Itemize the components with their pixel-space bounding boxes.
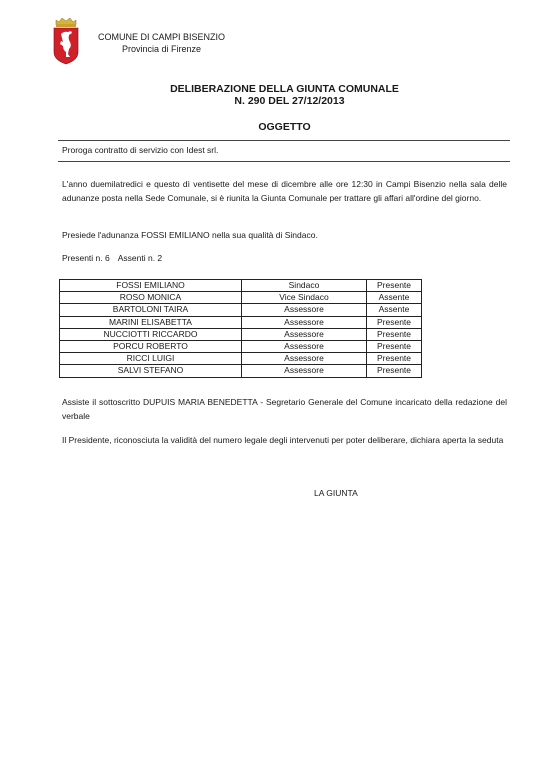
member-role: Assessore [242,304,367,316]
province-name: Provincia di Firenze [98,43,225,55]
member-role: Assessore [242,365,367,377]
presiding-paragraph: Presiede l'adunanza FOSSI EMILIANO nella… [62,229,507,243]
absent-count: Assenti n. 2 [118,253,162,263]
member-role: Assessore [242,316,367,328]
subject-top-divider [58,140,510,141]
member-name: NUCCIOTTI RICCARDO [60,328,242,340]
deliberation-title: DELIBERAZIONE DELLA GIUNTA COMUNALE [13,83,543,95]
member-name: BARTOLONI TAIRA [60,304,242,316]
municipality-header: COMUNE DI CAMPI BISENZIO Provincia di Fi… [98,31,225,55]
table-row: BARTOLONI TAIRAAssessoreAssente [60,304,422,316]
member-status: Presente [367,280,422,292]
table-row: FOSSI EMILIANOSindacoPresente [60,280,422,292]
deliberation-number: N. 290 DEL 27/12/2013 [18,95,543,107]
signature-label: LA GIUNTA [314,488,358,499]
table-row: MARINI ELISABETTAAssessorePresente [60,316,422,328]
table-row: NUCCIOTTI RICCARDOAssessorePresente [60,328,422,340]
member-status: Presente [367,340,422,352]
member-role: Vice Sindaco [242,292,367,304]
member-status: Presente [367,353,422,365]
subject-heading: OGGETTO [13,121,543,133]
table-row: PORCU ROBERTOAssessorePresente [60,340,422,352]
member-role: Assessore [242,353,367,365]
member-name: ROSO MONICA [60,292,242,304]
municipality-name: COMUNE DI CAMPI BISENZIO [98,31,225,43]
member-name: RICCI LUIGI [60,353,242,365]
member-name: SALVI STEFANO [60,365,242,377]
member-role: Sindaco [242,280,367,292]
member-role: Assessore [242,340,367,352]
member-name: FOSSI EMILIANO [60,280,242,292]
table-row: ROSO MONICAVice SindacoAssente [60,292,422,304]
subject-text: Proroga contratto di servizio con Idest … [62,145,218,156]
member-status: Presente [367,328,422,340]
table-row: SALVI STEFANOAssessorePresente [60,365,422,377]
member-status: Assente [367,304,422,316]
present-count: Presenti n. 6 [62,253,110,263]
opening-paragraph: L'anno duemilatredici e questo dì ventis… [62,178,507,205]
coat-of-arms-icon [51,16,81,66]
subject-bottom-divider [58,161,510,162]
member-name: MARINI ELISABETTA [60,316,242,328]
member-name: PORCU ROBERTO [60,340,242,352]
table-row: RICCI LUIGIAssessorePresente [60,353,422,365]
member-status: Presente [367,365,422,377]
attendance-summary: Presenti n. 6Assenti n. 2 [62,252,507,266]
quorum-paragraph: Il Presidente, riconosciuta la validità … [62,434,507,448]
member-status: Assente [367,292,422,304]
secretary-paragraph: Assiste il sottoscritto DUPUIS MARIA BEN… [62,396,507,423]
attendance-table: FOSSI EMILIANOSindacoPresenteROSO MONICA… [59,279,422,378]
member-role: Assessore [242,328,367,340]
member-status: Presente [367,316,422,328]
